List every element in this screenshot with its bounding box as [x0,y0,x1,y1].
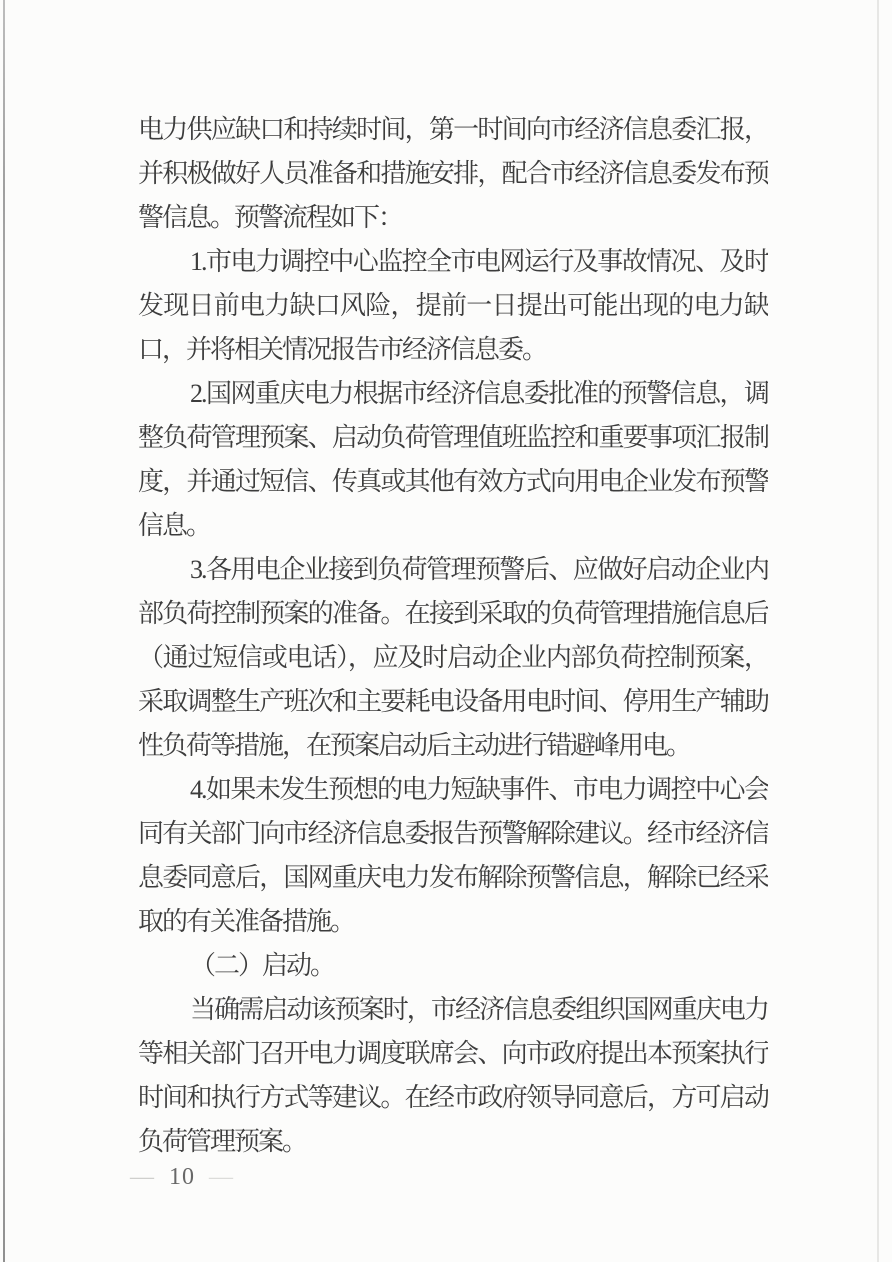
text-line: 电力供应缺口和持续时间，第一时间向市经济信息委汇报， [138,108,768,152]
text-line: 时间和执行方式等建议。在经市政府领导同意后，方可启动 [138,1076,768,1120]
text-line: 性负荷等措施，在预案启动后主动进行错避峰用电。 [138,724,768,768]
page-number-dash-right: — [209,1164,234,1190]
text-line: 发现日前电力缺口风险，提前一日提出可能出现的电力缺 [138,284,768,328]
section-heading: （二）启动。 [138,944,768,988]
text-line: 口，并将相关情况报告市经济信息委。 [138,328,768,372]
text-line: 负荷管理预案。 [138,1120,768,1164]
text-line: 采取调整生产班次和主要耗电设备用电时间、停用生产辅助 [138,680,768,724]
text-line: 警信息。预警流程如下： [138,196,768,240]
text-line: 等相关部门召开电力调度联席会、向市政府提出本预案执行 [138,1032,768,1076]
text-line: 信息。 [138,504,768,548]
numbered-item-3: 3.各用电企业接到负荷管理预警后、应做好启动企业内 [138,548,768,592]
scan-edge-right [877,0,879,1262]
numbered-item-4: 4.如果未发生预想的电力短缺事件、市电力调控中心会 [138,768,768,812]
text-line: 同有关部门向市经济信息委报告预警解除建议。经市经济信 [138,812,768,856]
text-line: 并积极做好人员准备和措施安排，配合市经济信息委发布预 [138,152,768,196]
text-line: 当确需启动该预案时，市经济信息委组织国网重庆电力 [138,988,768,1032]
text-line: 部负荷控制预案的准备。在接到采取的负荷管理措施信息后 [138,592,768,636]
text-line: 息委同意后，国网重庆电力发布解除预警信息，解除已经采 [138,856,768,900]
text-line: 度，并通过短信、传真或其他有效方式向用电企业发布预警 [138,460,768,504]
numbered-item-1: 1.市电力调控中心监控全市电网运行及事故情况、及时 [138,240,768,284]
page-number: —10— [130,1164,234,1191]
numbered-item-2: 2.国网重庆电力根据市经济信息委批准的预警信息，调 [138,372,768,416]
text-line: 整负荷管理预案、启动负荷管理值班监控和重要事项汇报制 [138,416,768,460]
text-line: （通过短信或电话），应及时启动企业内部负荷控制预案， [138,636,768,680]
text-line: 取的有关准备措施。 [138,900,768,944]
scan-edge-left [3,0,5,1262]
page-number-value: 10 [169,1164,195,1190]
document-body: 电力供应缺口和持续时间，第一时间向市经济信息委汇报， 并积极做好人员准备和措施安… [138,108,768,1164]
page-number-dash-left: — [130,1164,155,1190]
